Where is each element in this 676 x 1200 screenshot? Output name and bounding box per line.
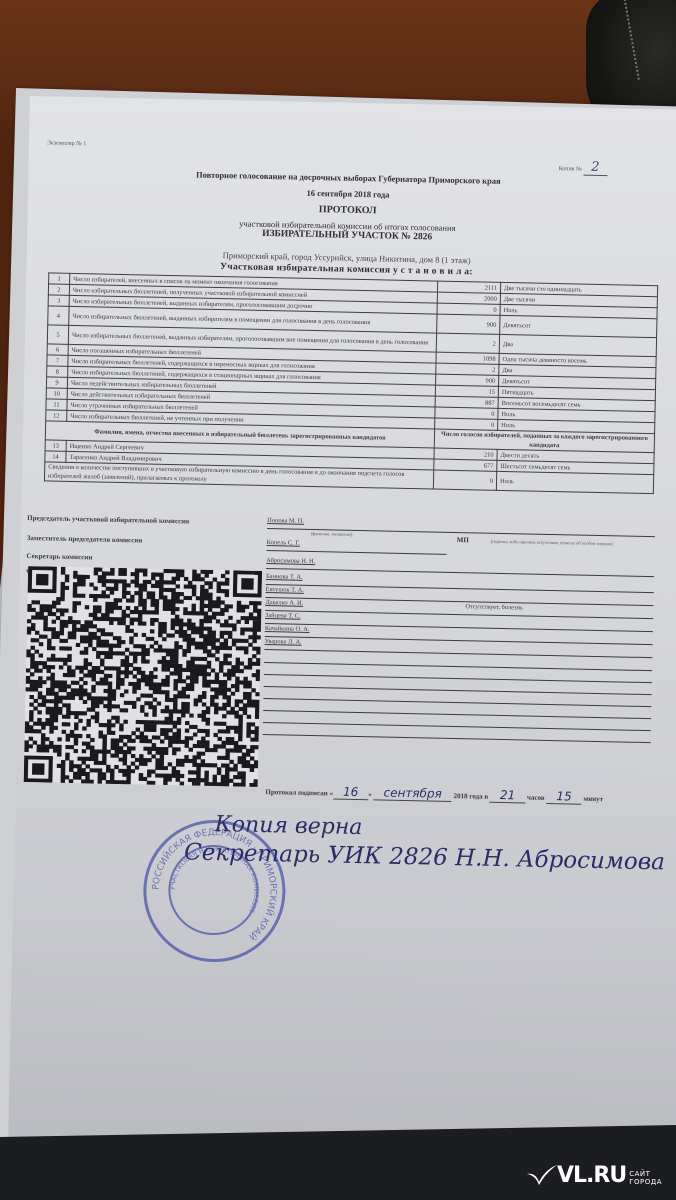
member-name: Качайкина О. А. (265, 625, 310, 633)
row-number: 8 (47, 366, 68, 377)
bag-stitching (622, 0, 644, 80)
qr-code (24, 566, 262, 787)
watermark-sub-2: ГОРОДА (629, 1178, 662, 1186)
row-number: 10 (46, 388, 67, 399)
signed-month: сентября (373, 785, 452, 802)
member-name: Давалко А. И. (265, 599, 303, 607)
member-name: Зайцева Т. С. (265, 612, 301, 620)
row-number: 3 (48, 295, 69, 306)
member-absence-note: Отсутствует, болезнь (465, 603, 523, 611)
row-number: 6 (47, 344, 68, 355)
watermark-brand: VL.RU (557, 1166, 626, 1186)
copy-number: Копия № 2 (558, 159, 607, 175)
complaints-value: 0 (433, 470, 496, 490)
watermark-subtitle: САЙТ ГОРОДА (629, 1170, 662, 1186)
copy-number-label: Копия № (559, 166, 582, 172)
row-number: 11 (46, 399, 67, 410)
chair-name: Попова М. П. (267, 517, 304, 525)
row-number: 1 (49, 273, 70, 284)
name-hint: (фамилия, инициалы) (311, 531, 353, 537)
stamp-place-label: МП (457, 536, 469, 544)
signature-hint: (подпись либо причина отсутствия, отметк… (491, 539, 613, 547)
copy-label: Экземпляр № 1 (47, 140, 86, 147)
signed-prefix: Протокол подписан (265, 788, 327, 797)
signed-datetime: Протокол подписан «16» сентября 2018 год… (265, 783, 603, 804)
complaints-value-words: Ноль (496, 471, 653, 493)
row-value: 900 (437, 314, 500, 334)
hours-label: часов (527, 794, 545, 802)
row-number: 5 (47, 325, 68, 344)
deputy-name: Копель С. Г. (267, 539, 300, 547)
row-number: 2 (48, 284, 69, 295)
copy-number-value: 2 (583, 160, 608, 177)
chair-label: Председатель участковой избирательной ко… (27, 514, 189, 525)
row-number: 4 (48, 306, 69, 325)
secretary-label: Секретарь комиссии (26, 552, 92, 561)
results-table: 1Число избирателей, внесенных в список н… (44, 272, 658, 494)
minutes-label: минут (583, 795, 603, 803)
member-name: Уварова Л. А. (265, 638, 302, 646)
signed-year: 2018 года в (453, 792, 488, 801)
signed-hour: 21 (490, 788, 526, 804)
watermark-sub-1: САЙТ (629, 1170, 662, 1178)
member-name: Баннова Т. А. (266, 573, 303, 581)
row-value: 2 (436, 333, 499, 353)
protocol-document: Экземпляр № 1 Копия № 2 Повторное голосо… (8, 96, 676, 1170)
row-number: 12 (46, 410, 67, 421)
member-name: Евтушок Т. А. (266, 586, 304, 594)
signed-minute: 15 (546, 789, 582, 805)
vlru-watermark: VL.RU САЙТ ГОРОДА (526, 1164, 662, 1186)
deputy-signature-line: Копель С. Г. (267, 539, 447, 555)
row-number: 13 (45, 440, 66, 451)
row-number: 14 (45, 451, 66, 462)
deputy-label: Заместитель председателя комиссии (27, 534, 143, 544)
signed-day: 16 (333, 785, 369, 801)
certification-line-1: Копия верна (215, 812, 363, 840)
row-number: 7 (47, 355, 68, 366)
row-number: 9 (46, 377, 67, 388)
secretary-name: Абросимова Н. Н. (266, 557, 315, 565)
checkmark-bird-icon (526, 1164, 558, 1186)
